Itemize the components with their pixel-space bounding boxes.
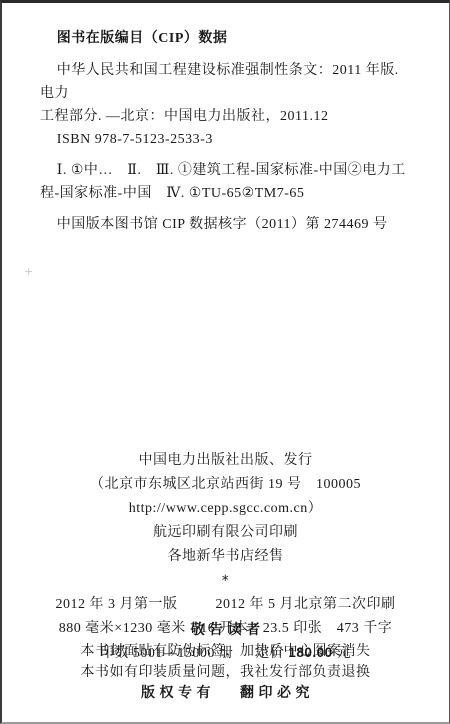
edition-second: 2012 年 5 月北京第二次印刷 [216, 597, 396, 612]
edition-first: 2012 年 3 月第一版 [56, 597, 178, 612]
book-colophon-page: 图书在版编目（CIP）数据 中华人民共和国工程建设标准强制性条文：2011 年版… [0, 0, 450, 724]
notice-line1: 本书封面贴有防伪标签，加热后中心图案消失 [2, 641, 449, 662]
distributor-line: 各地新华书店经售 [2, 545, 449, 569]
publisher-line: 中国电力出版社出版、发行 [2, 449, 449, 473]
notice-heading: 敬 告 读 者 [2, 620, 449, 641]
cip-heading: 图书在版编目（CIP）数据 [40, 27, 417, 50]
cip-title-line1: 中华人民共和国工程建设标准强制性条文：2011 年版. 电力 [40, 59, 417, 105]
cip-title-line2: 工程部分. —北京：中国电力出版社，2011.12 [40, 105, 417, 128]
copyright-line: 版 权 专 有 翻 印 必 究 [2, 683, 449, 704]
isbn-line: ISBN 978-7-5123-2533-3 [40, 128, 417, 151]
edition-line: 2012 年 3 月第一版2012 年 5 月北京第二次印刷 [2, 593, 449, 617]
classification-line2: 程-国家标准-中国 Ⅳ. ①TU-65②TM7-65 [40, 182, 417, 205]
classification-line1: Ⅰ. ①中… Ⅱ. Ⅲ. ①建筑工程-国家标准-中国②电力工 [40, 159, 417, 182]
separator-star: * [2, 569, 449, 593]
cip-record-number: 中国版本图书馆 CIP 数据核字（2011）第 274469 号 [40, 213, 417, 236]
notice-line2: 本书如有印装质量问题，我社发行部负责退换 [2, 662, 449, 683]
printer-line: 航远印刷有限公司印刷 [2, 521, 449, 545]
cip-block: 图书在版编目（CIP）数据 中华人民共和国工程建设标准强制性条文：2011 年版… [40, 27, 417, 236]
registration-mark: + [24, 265, 33, 278]
notice-block: 敬 告 读 者 本书封面贴有防伪标签，加热后中心图案消失 本书如有印装质量问题，… [2, 620, 449, 704]
publisher-address-line: （北京市东城区北京站西街 19 号 100005 http://www.cepp… [2, 473, 449, 521]
